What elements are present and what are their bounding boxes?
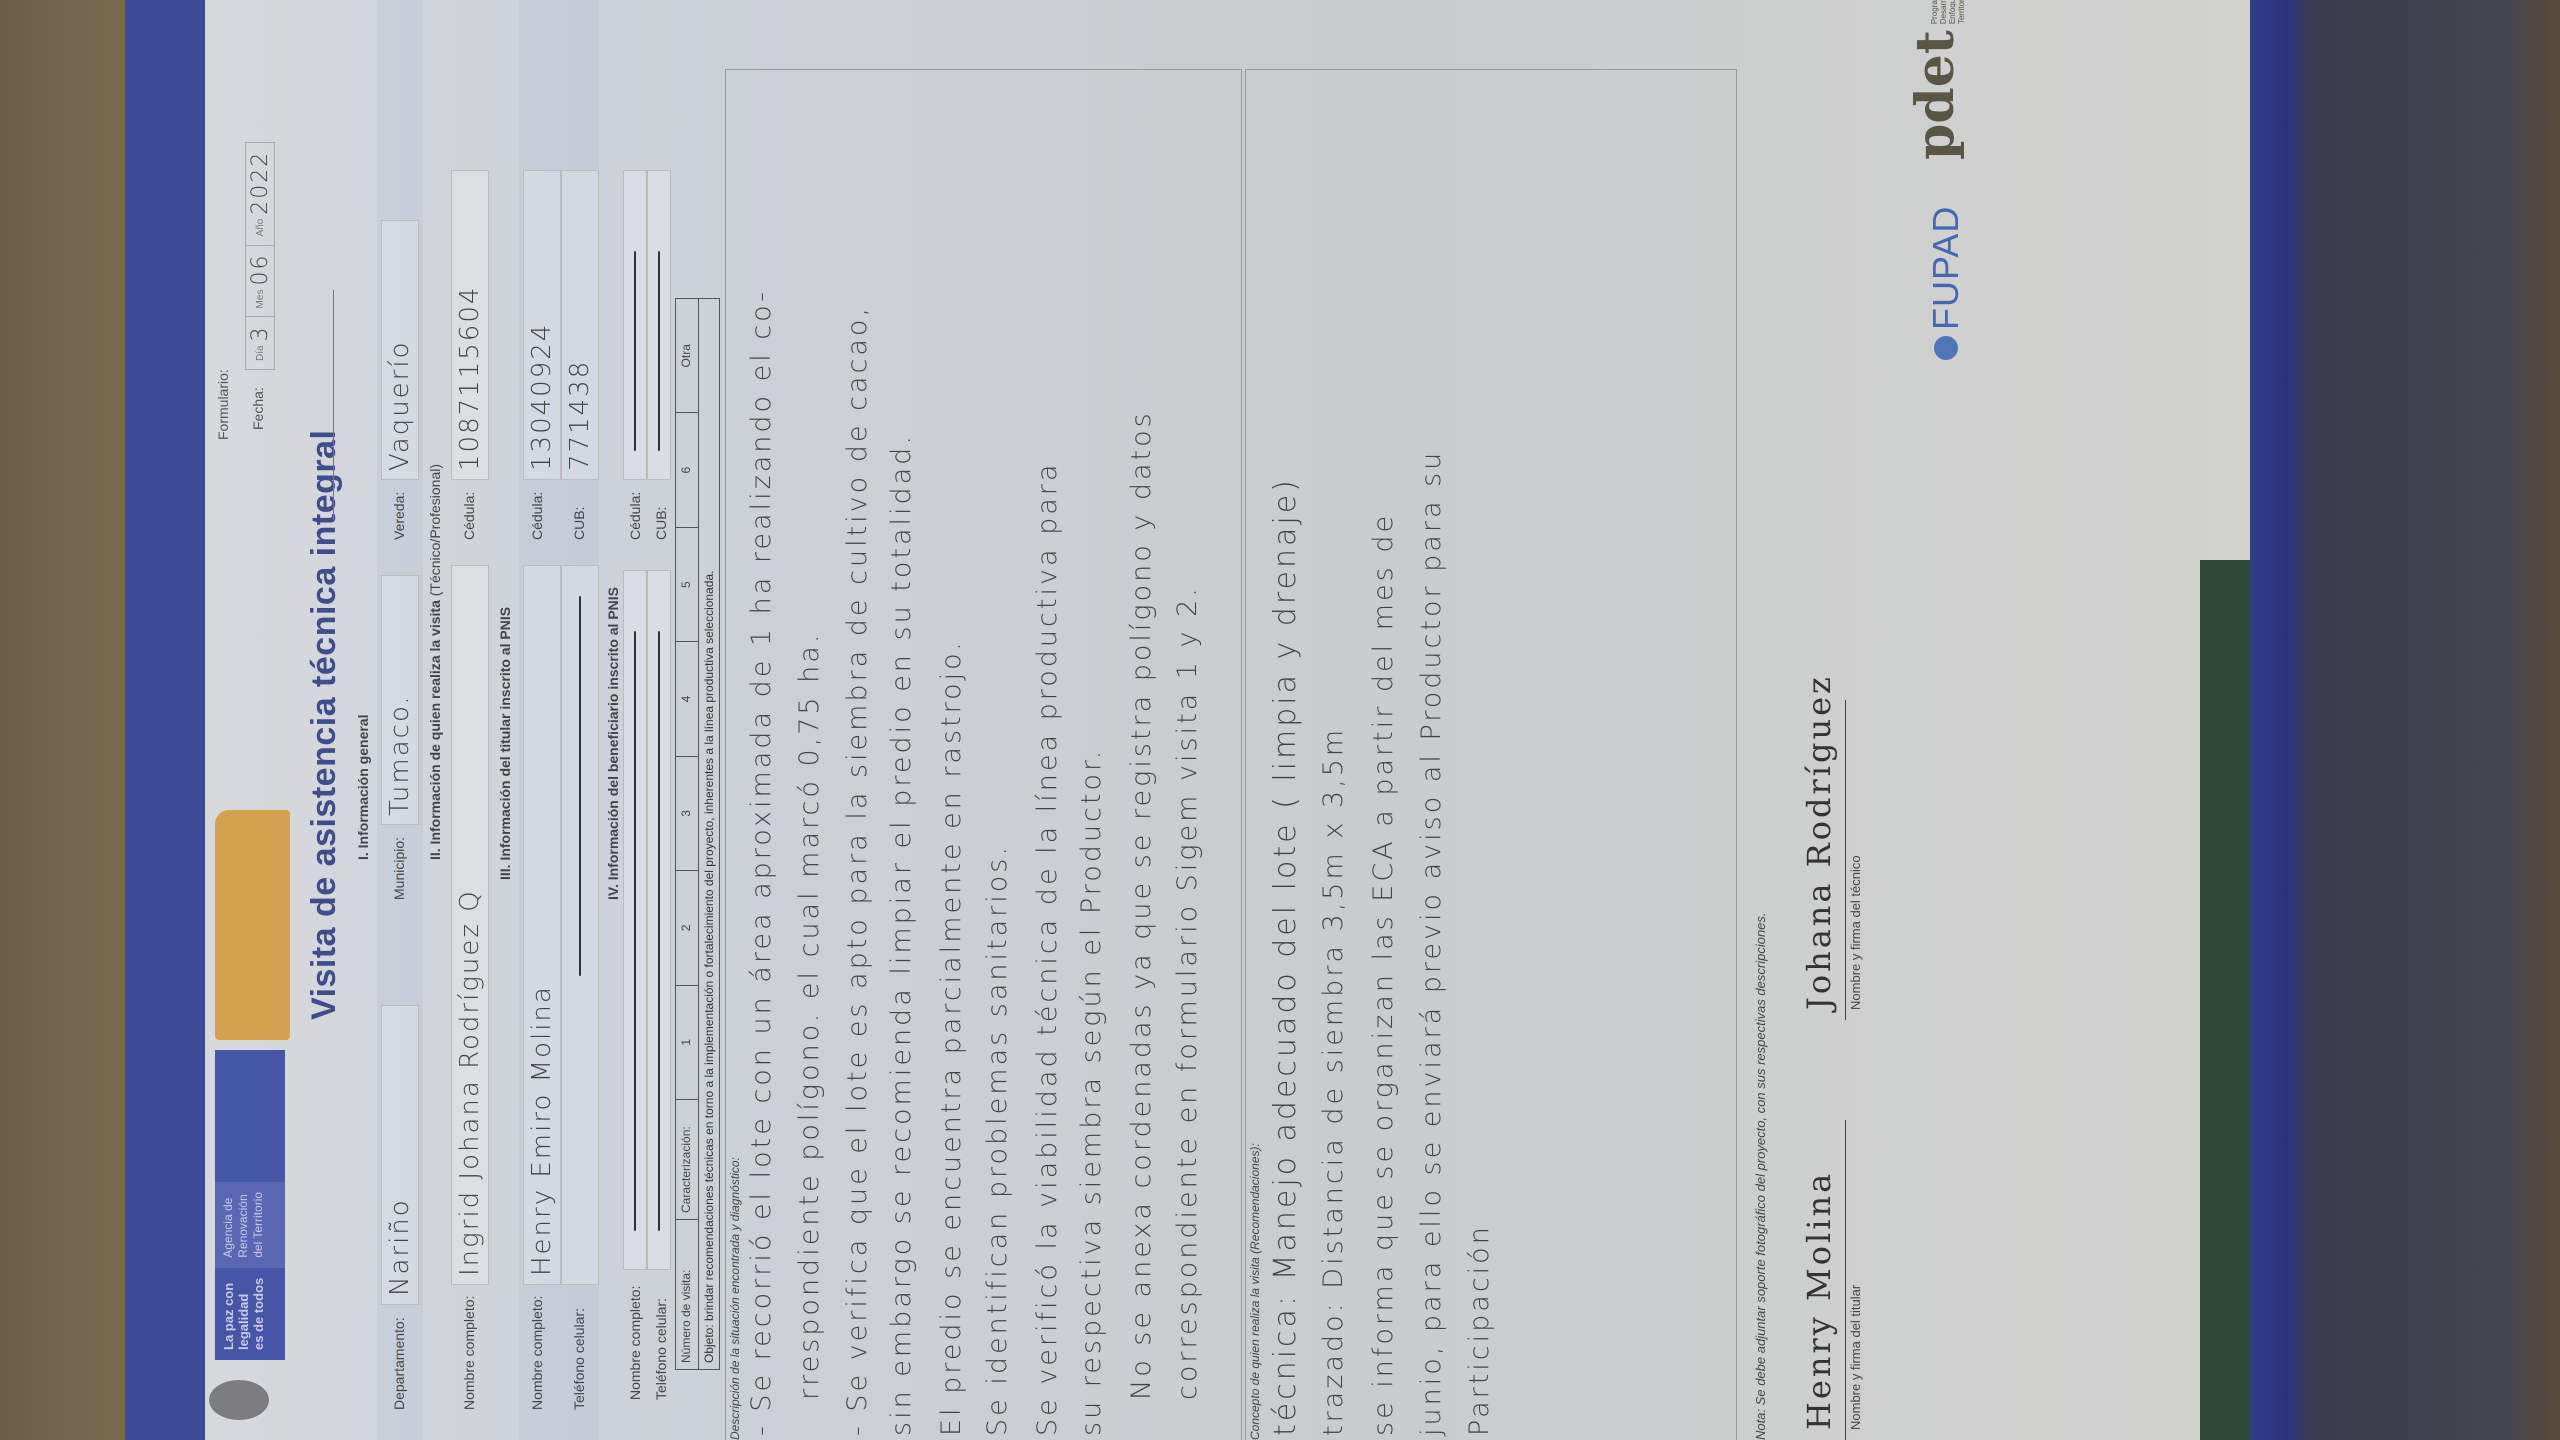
titular-nombre-value: Henry Emiro Molina: [527, 985, 557, 1276]
visit-table: Número de visita: Caracterización: 1 2 3…: [675, 298, 720, 1370]
concepto-line: se informa que se organizan las ECA a pa…: [1368, 513, 1399, 1436]
concepto-line: junio, para ello se enviará previo aviso…: [1416, 450, 1447, 1436]
beneficiario-nombre-label: Nombre completo:: [627, 1286, 643, 1400]
tecnico-cedula-label: Cédula:: [461, 492, 477, 540]
visit-option[interactable]: 4: [676, 641, 698, 755]
vereda-field[interactable]: Vaquerío: [381, 220, 419, 480]
logo-slogan: La paz con legalidad es de todos: [215, 1268, 285, 1360]
section-2-title-text: II. Información de quien realiza la visi…: [427, 600, 443, 860]
titular-nombre-label: Nombre completo:: [529, 1296, 545, 1410]
concepto-box[interactable]: Concepto de quien realiza la visita (Rec…: [1245, 69, 1737, 1440]
caracterizacion-label: Caracterización:: [676, 1099, 698, 1219]
beneficiario-telefono-field[interactable]: [647, 570, 671, 1270]
municipio-value: Tumaco.: [385, 694, 415, 816]
visit-option[interactable]: Otra: [676, 299, 698, 412]
logo-fupad: FUPAD: [1925, 206, 1967, 360]
beneficiario-cub-label: CUB:: [653, 507, 669, 540]
dia-label: Día: [255, 345, 266, 361]
page-title: Visita de asistencia técnica integral: [305, 430, 344, 1020]
descripcion-line: - Se recorrió el lote con un área aproxi…: [746, 289, 777, 1436]
strike-line: [634, 251, 636, 451]
descripcion-box[interactable]: Descripción de la situación encontrada y…: [725, 69, 1242, 1440]
titular-nombre-field[interactable]: Henry Emiro Molina: [523, 565, 561, 1285]
concepto-label: Concepto de quien realiza la visita (Rec…: [1248, 1143, 1262, 1440]
logo-agency: Agencia de Renovación del Territorio: [215, 1182, 285, 1268]
tecnico-cedula-field[interactable]: 1087115604: [451, 170, 489, 480]
descripcion-line: No se anexa cordenadas ya que se registr…: [1126, 410, 1157, 1400]
pdet-mark: pdet: [1905, 30, 1966, 160]
form-paper: La paz con legalidad es de todos Agencia…: [205, 0, 2255, 1440]
beneficiario-nombre-field[interactable]: [623, 570, 647, 1270]
section-1-row: Departamento: Nariño Municipio: Tumaco. …: [377, 0, 423, 1440]
firma-titular-label: Nombre y firma del titular: [1848, 1285, 1863, 1430]
government-shield-icon: [209, 1380, 269, 1420]
dia-value[interactable]: 3: [248, 325, 273, 341]
titular-telefono-field[interactable]: [561, 565, 599, 1285]
section-2-title: II. Información de quien realiza la visi…: [427, 464, 443, 860]
visit-number-row: Número de visita: Caracterización: 1 2 3…: [676, 299, 699, 1369]
section-1-title: I. Información general: [355, 715, 371, 860]
descripcion-line: sin embargo se recomienda limpiar el pre…: [886, 433, 917, 1436]
firma-tecnico-label: Nombre y firma del técnico: [1848, 855, 1863, 1010]
mes-value[interactable]: 06: [248, 254, 273, 286]
concepto-line: trazado: Distancia de siembra 3,5m x 3,5…: [1318, 727, 1349, 1436]
descripcion-line: El predio se encuentra parcialmente en r…: [936, 639, 967, 1436]
firma-titular[interactable]: Henry Molina Nombre y firma del titular: [1845, 1120, 1846, 1440]
descripcion-line: su respectiva siembra según el Productor…: [1076, 748, 1107, 1436]
strike-line: [658, 631, 660, 1231]
tecnico-cedula-value: 1087115604: [455, 286, 485, 471]
fecha-field[interactable]: Día3 Mes06 Año2022: [245, 142, 275, 370]
beneficiario-cub-field[interactable]: [647, 170, 671, 480]
descripcion-line: correspondiente en formulario Sigem visi…: [1172, 585, 1203, 1400]
municipio-label: Municipio:: [391, 837, 407, 900]
fupad-text: FUPAD: [1925, 206, 1967, 330]
logo-art: La paz con legalidad es de todos Agencia…: [215, 1050, 285, 1360]
section-4-rows: Nombre completo: Teléfono celular: Cédul…: [597, 0, 675, 1440]
firma-tecnico-signature: Johana Rodríguez: [1800, 674, 1838, 1010]
firma-tecnico[interactable]: Johana Rodríguez Nombre y firma del técn…: [1845, 700, 1846, 1020]
titular-cedula-value: 13040924: [527, 323, 557, 471]
titular-cedula-field[interactable]: 13040924: [523, 170, 561, 480]
strike-line: [579, 596, 581, 976]
section-2-row: Nombre completo: Ingrid Johana Rodríguez…: [447, 0, 493, 1440]
anio-label: Año: [255, 219, 266, 237]
visit-option[interactable]: 5: [676, 527, 698, 641]
logo-pnis-banner: [215, 810, 290, 1040]
beneficiario-cedula-field[interactable]: [623, 170, 647, 480]
visit-option[interactable]: 2: [676, 870, 698, 984]
section-3-title: III. Información del titular inscrito al…: [497, 607, 513, 880]
vereda-label: Vereda:: [391, 492, 407, 540]
beneficiario-cedula-label: Cédula:: [627, 492, 643, 540]
visit-option[interactable]: 6: [676, 412, 698, 526]
descripcion-line: Se verificó la viabilidad técnica de la …: [1032, 462, 1063, 1436]
departamento-label: Departamento:: [391, 1317, 407, 1410]
fecha-label: Fecha:: [250, 387, 266, 430]
strike-line: [658, 251, 660, 451]
tecnico-nombre-value: Ingrid Johana Rodríguez Q: [455, 889, 485, 1276]
objetivo-text: Objeto: brindar recomendaciones técnicas…: [699, 299, 719, 1369]
visit-option[interactable]: 3: [676, 756, 698, 870]
municipio-field[interactable]: Tumaco.: [381, 575, 419, 825]
departamento-value: Nariño: [385, 1198, 415, 1296]
strike-line: [634, 631, 636, 1231]
titular-telefono-label: Teléfono celular:: [571, 1308, 587, 1410]
titular-cub-label: CUB:: [571, 507, 587, 540]
descripcion-line: Se identifican problemas sanitarios.: [982, 844, 1013, 1436]
section-2-subtitle: (Técnico/Profesional): [427, 464, 443, 596]
anio-value[interactable]: 2022: [248, 151, 273, 215]
concepto-line: Participación: [1464, 1224, 1495, 1436]
concepto-line: técnica: Manejo adecuado del lote ( limp…: [1268, 477, 1303, 1436]
tecnico-nombre-field[interactable]: Ingrid Johana Rodríguez Q: [451, 565, 489, 1285]
divider: [333, 290, 334, 520]
formulario-label: Formulario:: [215, 369, 231, 440]
descripcion-line: - Se verifica que el lote es apto para l…: [842, 305, 873, 1436]
firma-titular-signature: Henry Molina: [1800, 1171, 1838, 1430]
logo-pdet: pdet Programas de Desarrollo con Enfoque…: [1905, 0, 1966, 160]
departamento-field[interactable]: Nariño: [381, 1005, 419, 1305]
titular-cub-value: 771438: [565, 360, 595, 471]
section-3-rows: Nombre completo: Henry Emiro Molina Telé…: [519, 0, 599, 1440]
numero-visita-label: Número de visita:: [676, 1219, 698, 1369]
visit-option[interactable]: 1: [676, 985, 698, 1099]
descripcion-label: Descripción de la situación encontrada y…: [728, 1157, 742, 1440]
tecnico-nombre-label: Nombre completo:: [461, 1296, 477, 1410]
folder-edge-left: [125, 0, 205, 1440]
mes-label: Mes: [255, 290, 266, 309]
pdet-subtitle: Programas de Desarrollo con Enfoque Terr…: [1930, 0, 1966, 24]
visit-form: La paz con legalidad es de todos Agencia…: [205, 0, 2255, 1440]
vereda-value: Vaquerío: [385, 341, 415, 472]
beneficiario-telefono-label: Teléfono celular:: [653, 1298, 669, 1400]
nota-text: Nota: Se debe adjuntar soporte fotográfi…: [1753, 912, 1768, 1440]
folder-edge-right: [2250, 0, 2560, 1440]
globe-icon: [1934, 336, 1958, 360]
titular-cedula-label: Cédula:: [529, 492, 545, 540]
titular-cub-field[interactable]: 771438: [561, 170, 599, 480]
descripcion-line: rrespondiente polígono. el cual marcó 0,…: [794, 632, 825, 1400]
